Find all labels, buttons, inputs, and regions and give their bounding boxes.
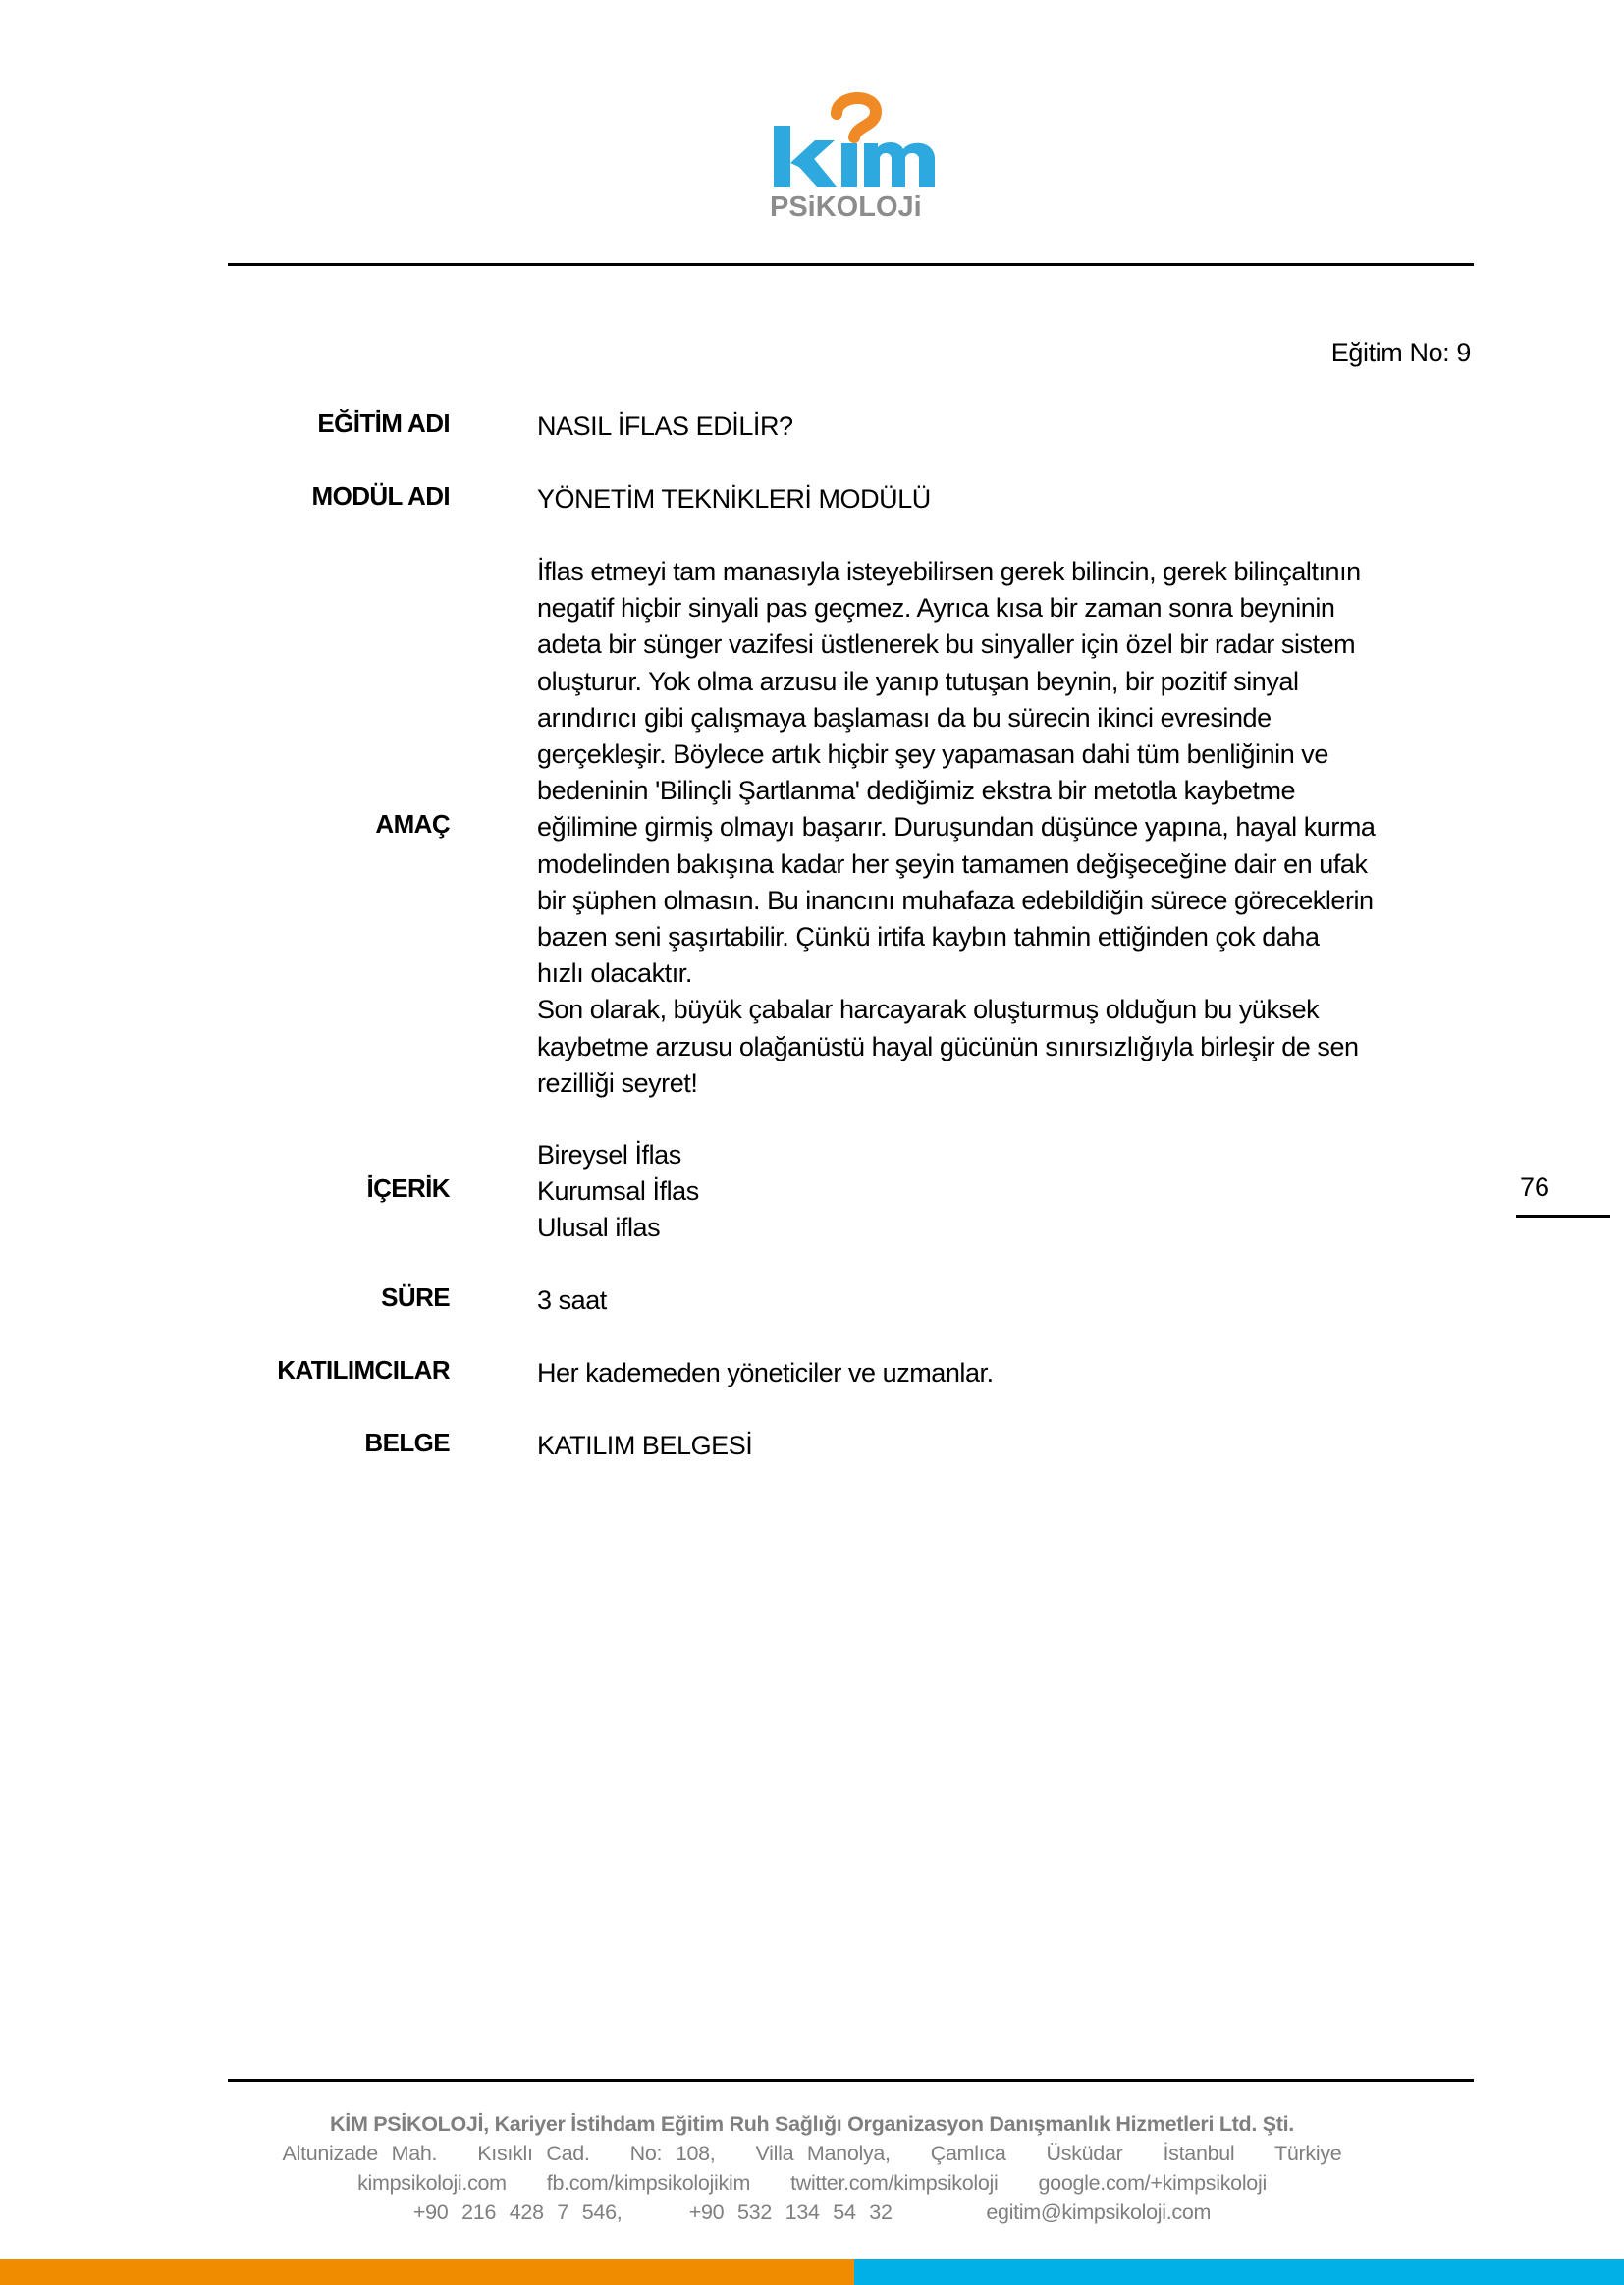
content-item: Kurumsal İflas — [537, 1173, 1440, 1210]
page-number-underline — [1516, 1215, 1610, 1218]
purpose-line: negatif hiçbir sinyali pas geçmez. Ayrıc… — [537, 590, 1440, 626]
field-value: YÖNETİM TEKNİKLERİ MODÜLÜ — [537, 481, 1440, 517]
training-number: Eğitim No: 9 — [1331, 338, 1471, 368]
purpose-line: kaybetme arzusu olağanüstü hayal gücünün… — [537, 1029, 1440, 1065]
field-label: AMAÇ — [375, 809, 450, 840]
field-value: Her kademeden yöneticiler ve uzmanlar. — [537, 1355, 1440, 1391]
purpose-line: bir şüphen olmasın. Bu inancını muhafaza… — [537, 883, 1440, 919]
field-value: NASIL İFLAS EDİLİR? — [537, 408, 1440, 445]
page-number: 76 — [1520, 1172, 1549, 1203]
purpose-line: bazen seni şaşırtabilir. Çünkü irtifa ka… — [537, 919, 1440, 955]
footer-web-links: kimpsikoloji.com fb.com/kimpsikolojikim … — [0, 2168, 1624, 2198]
footer-contact: +90 216 428 7 546, +90 532 134 54 32 egi… — [0, 2198, 1624, 2227]
svg-text:PSiKOLOJi: PSiKOLOJi — [770, 191, 922, 219]
field-label: MODÜL ADI — [312, 481, 450, 512]
purpose-line: modelinden bakışına kadar her şeyin tama… — [537, 846, 1440, 883]
field-value: KATILIM BELGESİ — [537, 1428, 1440, 1464]
content-list: Bireysel İflasKurumsal İflasUlusal iflas — [537, 1137, 1440, 1247]
purpose-line: rezilliği seyret! — [537, 1065, 1440, 1102]
footer-company: KİM PSİKOLOJİ, Kariyer İstihdam Eğitim R… — [0, 2109, 1624, 2139]
field-label: BELGE — [364, 1428, 450, 1458]
header-divider — [228, 263, 1474, 266]
purpose-line: eğilimine girmiş olmayı başarır. Duruşun… — [537, 809, 1440, 845]
purpose-line: arındırıcı gibi çalışmaya başlaması da b… — [537, 700, 1440, 736]
field-value: 3 saat — [537, 1282, 1440, 1319]
purpose-line: İflas etmeyi tam manasıyla isteyebilirse… — [537, 554, 1440, 590]
field-label: EĞİTİM ADI — [317, 408, 450, 439]
footer-bar-orange — [0, 2259, 854, 2285]
footer-divider — [228, 2079, 1474, 2082]
footer: KİM PSİKOLOJİ, Kariyer İstihdam Eğitim R… — [0, 2109, 1624, 2227]
footer-bar-blue — [854, 2259, 1624, 2285]
purpose-paragraph: İflas etmeyi tam manasıyla isteyebilirse… — [537, 554, 1440, 1102]
purpose-line: bedeninin 'Bilinçli Şartlanma' dediğimiz… — [537, 773, 1440, 809]
purpose-line: Son olarak, büyük çabalar harcayarak olu… — [537, 992, 1440, 1028]
purpose-line: hızlı olacaktır. — [537, 955, 1440, 992]
purpose-line: oluşturur. Yok olma arzusu ile yanıp tut… — [537, 664, 1440, 700]
logo-graphic: PSiKOLOJi — [766, 86, 943, 219]
kim-psikoloji-logo: PSiKOLOJi — [766, 86, 943, 219]
content-item: Ulusal iflas — [537, 1210, 1440, 1246]
purpose-line: gerçekleşir. Böylece artık hiçbir şey ya… — [537, 736, 1440, 773]
field-label: İÇERİK — [366, 1173, 450, 1204]
field-label: SÜRE — [381, 1282, 450, 1313]
content-item: Bireysel İflas — [537, 1137, 1440, 1173]
purpose-line: adeta bir sünger vazifesi üstlenerek bu … — [537, 626, 1440, 663]
footer-address: Altunizade Mah. Kısıklı Cad. No: 108, Vi… — [0, 2139, 1624, 2168]
field-label: KATILIMCILAR — [277, 1355, 450, 1386]
